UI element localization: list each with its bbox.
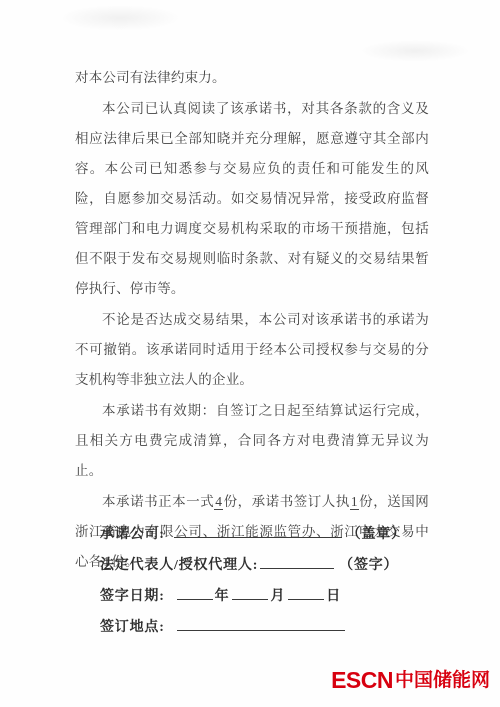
paragraph-text: 本公司已认真阅读了该承诺书，对其各条款的含义及相应法律后果已全部知晓并充分理解，… — [75, 101, 429, 296]
paragraph: 本承诺书有效期：自签订之日起至结算试运行完成，且相关方电费完成清算，合同各方对电… — [75, 396, 429, 486]
paragraph-text: 份，承诺书签订人执 — [223, 494, 350, 509]
year-blank-line — [177, 584, 213, 600]
scan-artifact — [60, 5, 180, 31]
month-label: 月 — [270, 589, 285, 604]
document-body: 对本公司有法律约束力。本公司已认真阅读了该承诺书，对其各条款的含义及相应法律后果… — [75, 63, 429, 578]
signature-block: 承诺公司:（盖章） 法定代表人/授权代理人:（签字） 签字日期:年月日 签订地点… — [100, 519, 430, 643]
underlined-count: 4 — [214, 494, 223, 510]
paragraph: 对本公司有法律约束力。 — [75, 63, 429, 93]
paragraph: 不论是否达成交易结果，本公司对该承诺书的承诺为不可撤销。该承诺同时适用于经本公司… — [75, 305, 429, 395]
company-label: 承诺公司: — [100, 527, 165, 542]
escn-logo-chinese: 中国储能网 — [395, 671, 490, 690]
paragraph-text: 不论是否达成交易结果，本公司对该承诺书的承诺为不可撤销。该承诺同时适用于经本公司… — [75, 312, 429, 387]
paragraph-text: 对本公司有法律约束力。 — [75, 70, 226, 85]
sign-note: （签字） — [339, 558, 398, 573]
signature-row-company: 承诺公司:（盖章） — [100, 519, 430, 550]
place-blank-line — [177, 615, 345, 631]
signature-row-date: 签字日期:年月日 — [100, 581, 430, 612]
escn-logo-latin: ESCN — [331, 669, 393, 692]
sign-place-label: 签订地点: — [100, 620, 165, 635]
signature-row-legal-rep: 法定代表人/授权代理人:（签字） — [100, 550, 430, 581]
escn-logo: ESCN 中国储能网 — [331, 668, 490, 692]
scanned-document-page: 对本公司有法律约束力。本公司已认真阅读了该承诺书，对其各条款的含义及相应法律后果… — [0, 0, 500, 707]
company-blank-line — [174, 522, 342, 538]
underlined-count: 1 — [350, 494, 359, 510]
year-label: 年 — [215, 589, 230, 604]
month-blank-line — [232, 584, 268, 600]
day-label: 日 — [326, 589, 341, 604]
day-blank-line — [288, 584, 324, 600]
legal-rep-blank-line — [260, 553, 334, 569]
paragraph-text: 本承诺书正本一式 — [102, 494, 214, 509]
paragraph: 本公司已认真阅读了该承诺书，对其各条款的含义及相应法律后果已全部知晓并充分理解，… — [75, 94, 429, 304]
paragraph-text: 本承诺书有效期：自签订之日起至结算试运行完成，且相关方电费完成清算，合同各方对电… — [75, 403, 429, 478]
legal-rep-label: 法定代表人/授权代理人: — [100, 558, 258, 573]
scan-artifact — [360, 40, 470, 62]
sign-date-label: 签字日期: — [100, 589, 165, 604]
seal-note: （盖章） — [347, 527, 406, 542]
signature-row-place: 签订地点: — [100, 612, 430, 643]
